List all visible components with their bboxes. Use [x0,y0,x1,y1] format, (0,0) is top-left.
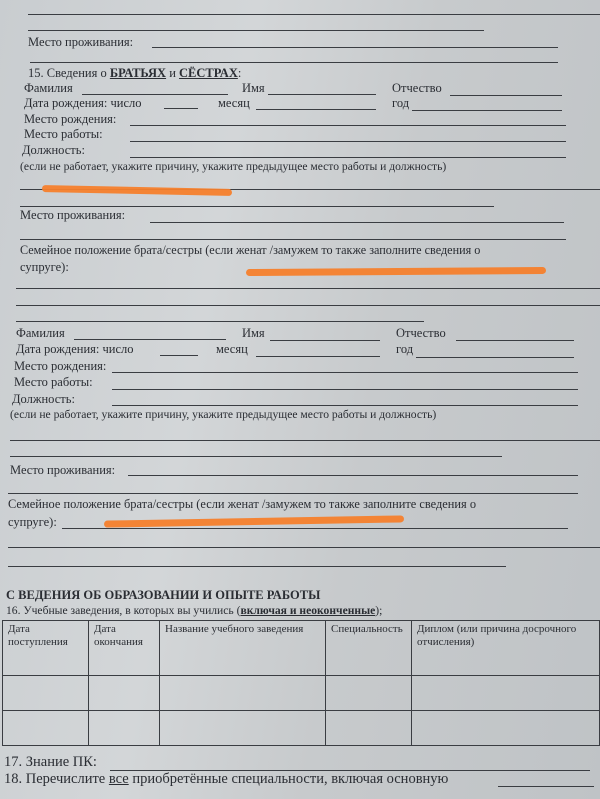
workplace-label: Место работы: [24,127,103,141]
birth-month-label: месяц [218,96,250,110]
blank-line[interactable] [10,440,600,441]
name-label: Имя [242,326,265,340]
questionnaire-page: Место проживания: 15. Сведения о БРАТЬЯХ… [0,0,600,799]
orange-highlight-mark [246,267,546,276]
table-cell[interactable] [89,711,160,746]
blank-line [16,321,424,322]
marital-status-label: Семейное положение брата/сестры (если же… [20,243,480,257]
workplace-field[interactable] [130,141,566,142]
top-residence-label: Место проживания: [28,35,133,49]
birth-year-field[interactable] [416,357,574,358]
blank-line [10,456,502,457]
patronymic-field[interactable] [456,340,574,341]
blank-line [8,547,600,548]
position-label: Должность: [22,143,85,157]
patronymic-label: Отчество [392,81,442,95]
orange-highlight-mark [42,185,232,196]
header-institution-name: Название учебного заведения [160,621,326,676]
orange-highlight-mark [104,515,404,527]
education-table: Дата поступления Дата окончания Название… [2,620,600,746]
birth-place-label: Место рождения: [14,359,106,373]
top-residence-field[interactable] [152,47,558,48]
birth-day-label: Дата рождения: число [16,342,134,356]
table-cell[interactable] [326,676,412,711]
spouse-label: супруге): [8,515,57,529]
birth-place-field[interactable] [130,125,566,126]
birth-day-field[interactable] [164,108,198,109]
surname-field[interactable] [82,94,228,95]
birth-month-label: месяц [216,342,248,356]
blank-line [8,493,578,494]
header-specialty: Специальность [326,621,412,676]
table-cell[interactable] [160,711,326,746]
patronymic-label: Отчество [396,326,446,340]
not-working-note: (если не работает, укажите причину, укаж… [20,160,446,174]
surname-field[interactable] [74,339,226,340]
residence-label: Место проживания: [10,463,115,477]
birth-year-label: год [396,342,413,356]
residence-field[interactable] [128,475,578,476]
blank-line [28,14,600,15]
table-cell[interactable] [326,711,412,746]
position-field[interactable] [130,157,566,158]
not-working-note: (если не работает, укажите причину, укаж… [10,408,436,422]
item-16-label: 16. Учебные заведения, в которых вы учил… [6,604,382,618]
table-cell[interactable] [3,676,89,711]
blank-line [28,30,484,31]
item-18-label: 18. Перечислите все приобретённые специа… [4,772,448,786]
name-label: Имя [242,81,265,95]
patronymic-field[interactable] [450,95,562,96]
residence-field[interactable] [150,222,564,223]
workplace-field[interactable] [112,389,578,390]
blank-line [16,305,600,306]
table-cell[interactable] [160,676,326,711]
spouse-label: супруге): [20,260,69,274]
residence-label: Место проживания: [20,208,125,222]
table-cell[interactable] [412,711,600,746]
header-diploma: Диплом (или причина досрочного отчислени… [412,621,600,676]
birth-year-label: год [392,96,409,110]
blank-line[interactable] [16,288,600,289]
specialties-field[interactable] [498,786,594,787]
name-field[interactable] [270,340,380,341]
birth-month-field[interactable] [256,356,380,357]
table-row [3,711,600,746]
birth-year-field[interactable] [412,110,562,111]
position-field[interactable] [112,405,578,406]
birth-day-field[interactable] [160,355,198,356]
name-field[interactable] [268,94,376,95]
table-cell[interactable] [412,676,600,711]
table-cell[interactable] [89,676,160,711]
marital-status-label: Семейное положение брата/сестры (если же… [8,497,476,511]
workplace-label: Место работы: [14,375,93,389]
item-17-label: 17. Знание ПК: [4,755,97,769]
table-cell[interactable] [3,711,89,746]
header-admission-date: Дата поступления [3,621,89,676]
education-section-title: С ВЕДЕНИЯ ОБ ОБРАЗОВАНИИ И ОПЫТЕ РАБОТЫ [6,588,320,602]
surname-label: Фамилия [16,326,65,340]
position-label: Должность: [12,392,75,406]
blank-line [20,239,566,240]
table-row [3,676,600,711]
spouse-field[interactable] [62,528,568,529]
birth-place-label: Место рождения: [24,112,116,126]
blank-line [20,206,494,207]
birth-place-field[interactable] [112,372,578,373]
blank-line [30,62,558,63]
birth-month-field[interactable] [256,109,376,110]
section-15-title: 15. Сведения о БРАТЬЯХ и СЁСТРАХ: [28,66,241,80]
surname-label: Фамилия [24,81,73,95]
header-graduation-date: Дата окончания [89,621,160,676]
birth-day-label: Дата рождения: число [24,96,142,110]
table-header-row: Дата поступления Дата окончания Название… [3,621,600,676]
blank-line [8,566,506,567]
